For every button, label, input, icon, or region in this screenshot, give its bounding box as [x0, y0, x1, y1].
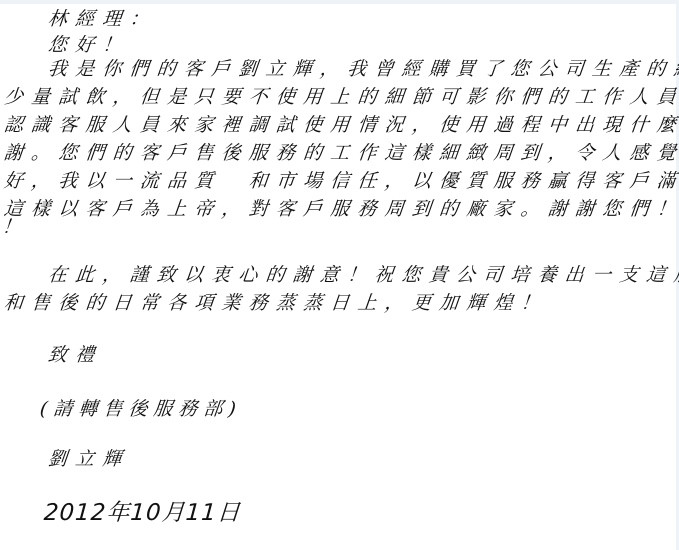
handwritten-letter: 林經理： 您好！ 我是你們的客戶劉立輝，我曾經購買了您公司生產的純淨水 少量試飲… [0, 0, 679, 550]
salutation: 林經理： [47, 6, 159, 32]
paragraph-1-line: 好，我以一流品質 和市場信任，以優質服務贏得客戶滿意，我要 [3, 168, 679, 194]
closing: 致禮 [47, 342, 104, 368]
signature: 劉立輝 [47, 446, 131, 472]
paragraph-1-line: 謝。您們的客戶售後服務的工作這樣細緻周到，令人感覺到這樣 [3, 140, 679, 166]
date: 2012年10月11日 [43, 494, 242, 527]
paragraph-2-line: 在此，謹致以衷心的謝意！祝您貴公司培養出一支這麼優秀的團隊 [47, 262, 679, 288]
paragraph-2-line: 和售後的日常各項業務蒸蒸日上，更加輝煌！ [3, 290, 550, 316]
paragraph-1-line: ！ [1, 214, 31, 240]
paragraph-1-line: 我是你們的客戶劉立輝，我曾經購買了您公司生產的純淨水 [47, 56, 679, 82]
greeting: 您好！ [47, 32, 131, 58]
paragraph-1-line: 這樣以客戶為上帝，對客戶服務周到的廠家。謝謝您們！謝謝售後服 [3, 196, 679, 222]
department-note: (請轉售後服務部) [39, 396, 244, 422]
paragraph-1-line: 認識客服人員來家裡調試使用情況，使用過程中出現什麼問題，感 [3, 112, 679, 138]
paragraph-1-line: 少量試飲，但是只要不使用上的細節可影你們的工作人員老家耐心 [3, 84, 679, 110]
